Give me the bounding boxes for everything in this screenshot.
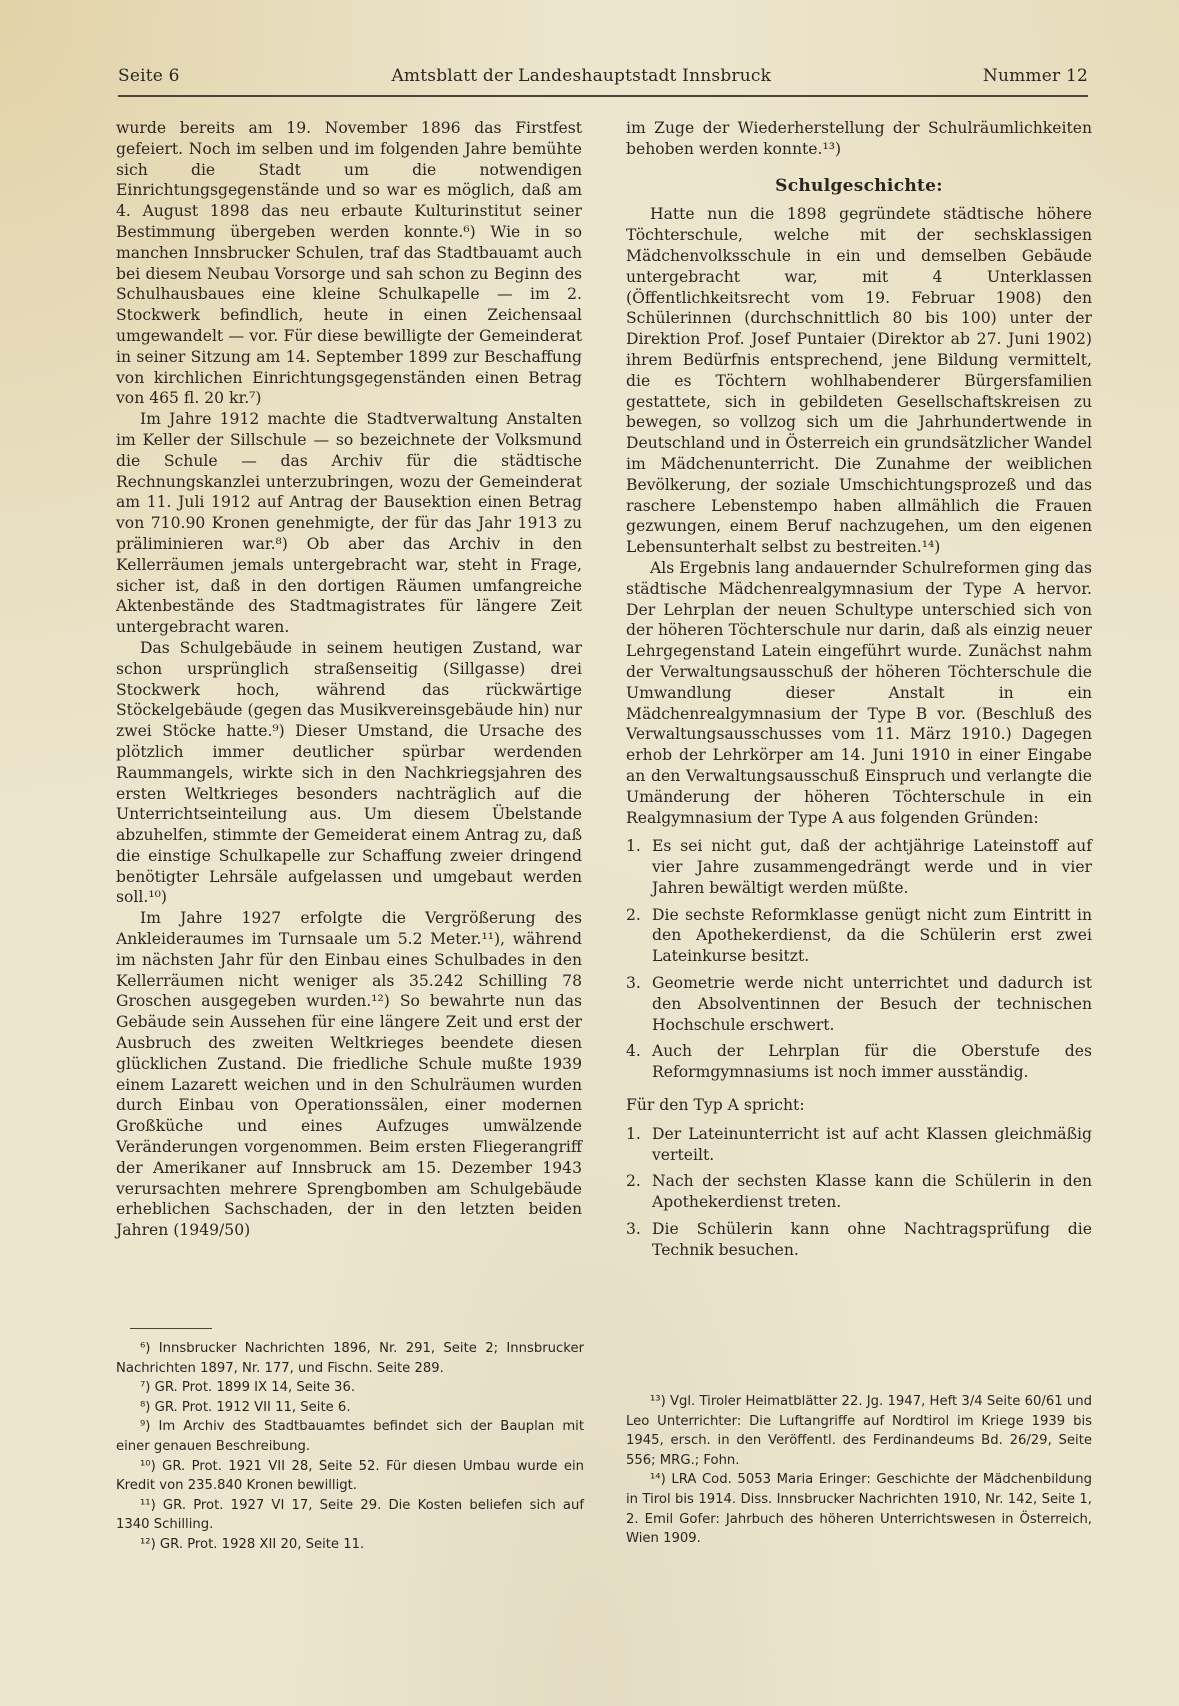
list-text: Die sechste Reformklasse genügt nicht zu… xyxy=(652,905,1092,967)
list-text: Auch der Lehrplan für die Oberstufe des … xyxy=(652,1041,1092,1083)
footnote: ⁸) GR. Prot. 1912 VII 11, Seite 6. xyxy=(116,1398,584,1418)
section-heading: Schulgeschichte: xyxy=(626,176,1092,197)
list-number: 1. xyxy=(626,836,652,898)
list-text: Es sei nicht gut, daß der achtjährige La… xyxy=(652,836,1092,898)
left-column: wurde bereits am 19. November 1896 das F… xyxy=(116,118,582,1241)
paragraph: Hatte nun die 1898 gegründete städtische… xyxy=(626,204,1092,558)
footnote-divider xyxy=(130,1328,212,1329)
publication-title: Amtsblatt der Landeshauptstadt Innsbruck xyxy=(391,66,771,86)
footnote: ⁹) Im Archiv des Stadtbauamtes befindet … xyxy=(116,1417,584,1456)
list-item: 2. Nach der sechsten Klasse kann die Sch… xyxy=(626,1171,1092,1213)
right-footnotes: ¹³) Vgl. Tiroler Heimatblätter 22. Jg. 1… xyxy=(626,1392,1092,1549)
right-column: im Zuge der Wiederherstellung der Schulr… xyxy=(626,118,1092,1267)
list-item: 3. Die Schülerin kann ohne Nachtragsprüf… xyxy=(626,1219,1092,1261)
list-text: Geometrie werde nicht unterrichtet und d… xyxy=(652,973,1092,1035)
type-a-list: 1. Der Lateinunterricht ist auf acht Kla… xyxy=(626,1124,1092,1261)
list-text: Der Lateinunterricht ist auf acht Klasse… xyxy=(652,1124,1092,1166)
newspaper-page: Seite 6 Amtsblatt der Landeshauptstadt I… xyxy=(0,0,1179,1706)
paragraph: im Zuge der Wiederherstellung der Schulr… xyxy=(626,118,1092,160)
list-item: 3. Geometrie werde nicht unterrichtet un… xyxy=(626,973,1092,1035)
list-item: 1. Es sei nicht gut, daß der achtjährige… xyxy=(626,836,1092,898)
footnote: ⁷) GR. Prot. 1899 IX 14, Seite 36. xyxy=(116,1378,584,1398)
footnote: ¹³) Vgl. Tiroler Heimatblätter 22. Jg. 1… xyxy=(626,1392,1092,1470)
footnote: ¹²) GR. Prot. 1928 XII 20, Seite 11. xyxy=(116,1535,584,1555)
list-text: Die Schülerin kann ohne Nachtragsprüfung… xyxy=(652,1219,1092,1261)
list-item: 4. Auch der Lehrplan für die Oberstufe d… xyxy=(626,1041,1092,1083)
list-number: 3. xyxy=(626,973,652,1035)
footnote: ¹⁰) GR. Prot. 1921 VII 28, Seite 52. Für… xyxy=(116,1457,584,1496)
page-header: Seite 6 Amtsblatt der Landeshauptstadt I… xyxy=(118,66,1088,86)
footnote: ⁶) Innsbrucker Nachrichten 1896, Nr. 291… xyxy=(116,1339,584,1378)
paragraph: Im Jahre 1912 machte die Stadtverwaltung… xyxy=(116,409,582,638)
paragraph: Als Ergebnis lang andauernder Schulrefor… xyxy=(626,558,1092,828)
list-item: 2. Die sechste Reformklasse genügt nicht… xyxy=(626,905,1092,967)
issue-number: Nummer 12 xyxy=(983,66,1088,86)
footnote: ¹⁴) LRA Cod. 5053 Maria Eringer: Geschic… xyxy=(626,1470,1092,1548)
page-number: Seite 6 xyxy=(118,66,180,86)
paragraph: Das Schulgebäude in seinem heutigen Zust… xyxy=(116,638,582,908)
list-number: 2. xyxy=(626,1171,652,1213)
paragraph: Im Jahre 1927 erfolgte die Vergrößerung … xyxy=(116,908,582,1241)
footnote: ¹¹) GR. Prot. 1927 VI 17, Seite 29. Die … xyxy=(116,1496,584,1535)
list-item: 1. Der Lateinunterricht ist auf acht Kla… xyxy=(626,1124,1092,1166)
paragraph: wurde bereits am 19. November 1896 das F… xyxy=(116,118,582,409)
header-divider xyxy=(118,95,1088,97)
subheading: Für den Typ A spricht: xyxy=(626,1095,1092,1116)
list-number: 3. xyxy=(626,1219,652,1261)
list-number: 1. xyxy=(626,1124,652,1166)
left-footnotes: ⁶) Innsbrucker Nachrichten 1896, Nr. 291… xyxy=(116,1328,584,1555)
list-number: 4. xyxy=(626,1041,652,1083)
list-number: 2. xyxy=(626,905,652,967)
list-text: Nach der sechsten Klasse kann die Schüle… xyxy=(652,1171,1092,1213)
reasons-list: 1. Es sei nicht gut, daß der achtjährige… xyxy=(626,836,1092,1083)
